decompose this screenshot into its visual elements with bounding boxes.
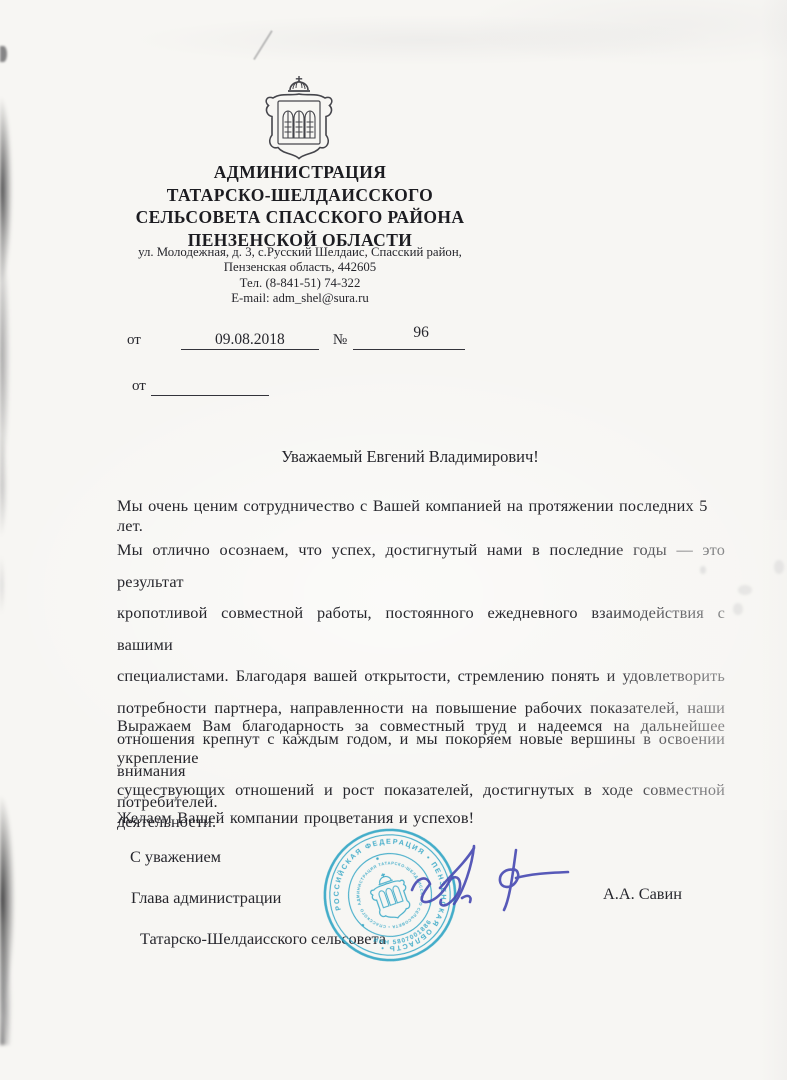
reference-row-date-number: от09.08.2018№96 [127, 331, 465, 350]
from-label-2: от [132, 378, 146, 395]
paragraph-3-line: существующих отношений и рост показателе… [117, 774, 725, 806]
number-field: 96 [353, 331, 465, 350]
number-value: 96 [413, 324, 429, 342]
regards-line: С уважением [130, 847, 221, 867]
paragraph-2-line: специалистами. Благодаря вашей открытост… [117, 660, 725, 692]
scanned-letter-page: АДМИНИСТРАЦИЯ ТАТАРСКО-ШЕЛДАИССКОГО СЕЛЬ… [0, 0, 787, 1080]
paragraph-2-line: кропотливой совместной работы, постоянно… [117, 597, 725, 660]
org-name-line: ТАТАРСКО-ШЕЛДАИССКОГО [95, 184, 505, 207]
scan-scratch [253, 30, 272, 60]
scan-corner-mark [0, 46, 7, 62]
address-line1: ул. Молодежная, д. 3, с.Русский Шелдаис,… [95, 245, 505, 260]
penza-coat-of-arms-icon [260, 74, 338, 164]
number-label: № [333, 332, 347, 349]
reference-row-reply: от [132, 377, 269, 396]
scan-edge-smudge [0, 55, 34, 1045]
paragraph-2-line: Мы отлично осознаем, что успех, достигну… [117, 534, 725, 597]
date-value: 09.08.2018 [215, 331, 285, 348]
from-label: от [127, 332, 141, 349]
org-name-line: СЕЛЬСОВЕТА СПАССКОГО РАЙОНА [95, 206, 505, 229]
scan-blotch [738, 585, 752, 595]
org-contacts-block: ул. Молодежная, д. 3, с.Русский Шелдаис,… [95, 245, 505, 307]
handwritten-signature [398, 828, 588, 928]
blank-field [151, 377, 269, 396]
signer-title-line1: Глава администрации [131, 888, 281, 908]
salutation: Уважаемый Евгений Владимирович! [110, 447, 710, 467]
paragraph-3-line: Выражаем Вам благодарность за совместный… [117, 710, 725, 774]
scan-blotch [733, 603, 743, 615]
address-line2: Пензенская область, 442605 [95, 260, 505, 275]
paragraph-1: Мы очень ценим сотрудничество с Вашей ко… [117, 496, 725, 536]
scan-blotch [774, 560, 784, 574]
email-line: E-mail: adm_shel@sura.ru [95, 291, 505, 306]
phone-line: Тел. (8-841-51) 74-322 [95, 276, 505, 291]
date-field: 09.08.2018 [181, 331, 319, 350]
signer-name: А.А. Савин [603, 884, 682, 904]
org-name-block: АДМИНИСТРАЦИЯ ТАТАРСКО-ШЕЛДАИССКОГО СЕЛЬ… [95, 161, 505, 251]
org-name-line: АДМИНИСТРАЦИЯ [95, 161, 505, 184]
